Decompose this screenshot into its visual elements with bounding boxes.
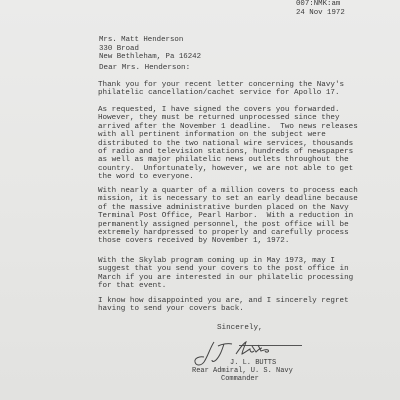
signature-block: J. L. BUTTS Rear Admiral, U. S. Navy Com… — [192, 340, 392, 400]
paragraph-2: As requested, I have signed the covers y… — [98, 106, 398, 182]
recipient-name: Mrs. Matt Henderson — [99, 36, 201, 45]
paragraph-line: mission, it is necessary to set an early… — [98, 195, 398, 203]
paragraph-line: of the massive administrative burden pla… — [98, 204, 398, 212]
recipient-address: Mrs. Matt Henderson 330 Broad New Bethle… — [99, 36, 201, 62]
paragraph-line: those covers received by November 1, 197… — [98, 237, 398, 245]
letter-date: 24 Nov 1972 — [296, 9, 345, 18]
reference-block: 007:NMK:am 24 Nov 1972 — [296, 0, 345, 17]
paragraph-line: country. Unfortunately, however, we are … — [98, 165, 398, 173]
paragraph-3: With nearly a quarter of a million cover… — [98, 187, 398, 246]
paragraph-line: However, they must be returned unprocess… — [98, 114, 398, 122]
paragraph-line: the word to everyone. — [98, 173, 398, 181]
paragraph-line: as well as major philatelic news outlets… — [98, 156, 398, 164]
paragraph-line: having to send your covers back. — [98, 305, 398, 313]
paragraph-line: I know how disappointed you are, and I s… — [98, 297, 398, 305]
paragraph-line: With the Skylab program coming up in May… — [98, 257, 398, 265]
closing: Sincerely, — [217, 324, 263, 332]
paragraph-line: With nearly a quarter of a million cover… — [98, 187, 398, 195]
paragraph-line: suggest that you send your covers to the… — [98, 265, 398, 273]
paragraph-line: Terminal Post Office, Pearl Harbor. With… — [98, 212, 398, 220]
paragraph-line: arrived after the November 1 deadline. T… — [98, 123, 398, 131]
paragraph-line: for that event. — [98, 282, 398, 290]
recipient-city: New Bethleham, Pa 16242 — [99, 53, 201, 62]
paragraph-line: of radio and television stations, hundre… — [98, 148, 398, 156]
paragraph-line: extremely hardpressed to properly and ca… — [98, 229, 398, 237]
paragraph-line: with all pertinent information on the su… — [98, 131, 398, 139]
salutation: Dear Mrs. Henderson: — [99, 64, 190, 72]
paragraph-line: permanently assigned personnel, the post… — [98, 221, 398, 229]
recipient-street: 330 Broad — [99, 45, 201, 54]
signer-role: Commander — [221, 375, 259, 383]
paragraph-4: With the Skylab program coming up in May… — [98, 257, 398, 291]
paragraph-line: As requested, I have signed the covers y… — [98, 106, 398, 114]
letter-page: 007:NMK:am 24 Nov 1972 Mrs. Matt Henders… — [0, 0, 400, 400]
paragraph-line: March if you are interested in our phila… — [98, 274, 398, 282]
paragraph-1: Thank you for your recent letter concern… — [98, 81, 398, 98]
paragraph-line: distributed to the two national wire ser… — [98, 140, 398, 148]
reference-code: 007:NMK:am — [296, 0, 345, 9]
paragraph-line: philatelic cancellation/cachet service f… — [98, 89, 398, 97]
paragraph-5: I know how disappointed you are, and I s… — [98, 297, 398, 314]
paragraph-line: Thank you for your recent letter concern… — [98, 81, 398, 89]
